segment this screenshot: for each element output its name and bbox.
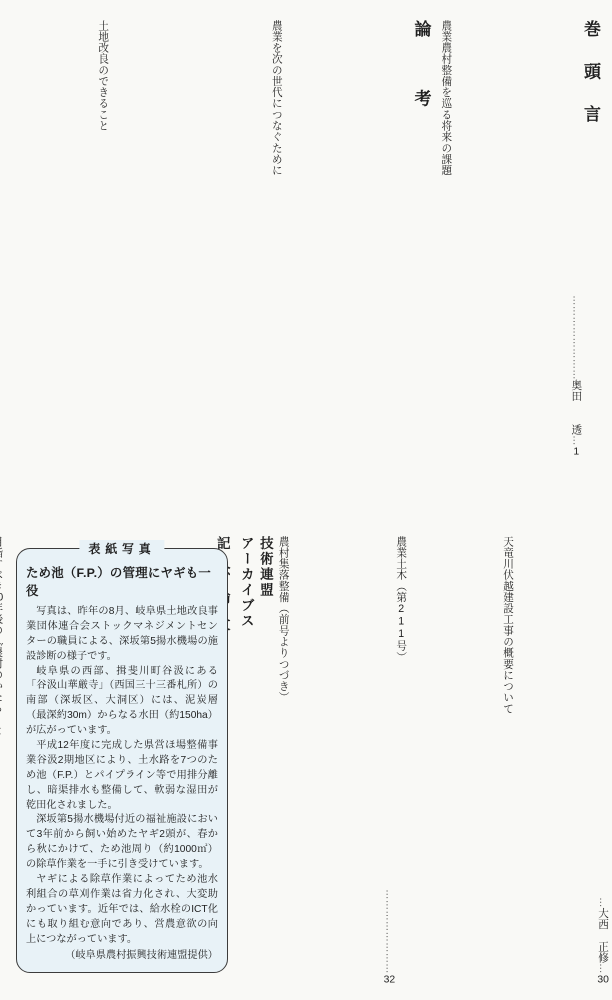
dot-leader: … — [597, 897, 609, 908]
dot-leader: … — [570, 435, 582, 446]
toc-item-line: 農業土木（第211号） — [394, 536, 501, 986]
toc-item-line: 天竜川伏越建設工事の概要について…大西 正修…30 — [501, 536, 608, 986]
cover-box-paragraph: 岐阜県の西部、揖斐川町谷汲にある「谷汲山華厳寺」（西国三十三番札所）の南部（深坂… — [26, 665, 218, 739]
author-name: 奥田 透 — [570, 379, 582, 435]
toc-item-line: 農業を次の世代につなぐために — [270, 20, 412, 458]
cover-box-body: 写真は、昨年の8月、岐阜県土地改良事業団体連合会ストックマネジメントセンターの職… — [26, 605, 218, 947]
section-heading: 巻頭言 — [581, 20, 604, 458]
dot-leader: … — [383, 963, 395, 974]
section-heading: 論考 — [412, 20, 435, 458]
item-tail: …大西 正修…30 — [501, 897, 608, 984]
toc-item-line: 土地改良のできること — [96, 20, 270, 458]
cover-box-paragraph: 写真は、昨年の8月、岐阜県土地改良事業団体連合会ストックマネジメントセンターの職… — [26, 605, 218, 665]
cover-box-title: ため池（F.P.）の管理にヤギも一役 — [26, 563, 218, 599]
section-heading: アーカイブス — [239, 536, 258, 986]
cover-box-paragraph: 深坂第5揚水機場付近の福祉施設において3年前から飼い始めたヤギ2頭が、春から秋に… — [26, 813, 218, 873]
dot-leader: … — [597, 963, 609, 974]
toc-top-half: 巻頭言農業農村整備を巡る将来の課題……………………奥田 透…1論考農業を次の世代… — [12, 20, 604, 458]
toc-item-line: 農業農村整備を巡る将来の課題……………………奥田 透…1 — [439, 20, 581, 458]
page-number: 32 — [383, 974, 395, 985]
cover-box-paragraph: ヤギによる除草作業によってため池水利組合の草刈作業は省力化され、大変助かっていま… — [26, 873, 218, 947]
cover-box-credit: （岐阜県農村振興技術連盟提供） — [26, 949, 218, 964]
page-number: 1 — [570, 446, 582, 457]
cover-photo-box: 表紙写真 ため池（F.P.）の管理にヤギも一役 写真は、昨年の8月、岐阜県土地改… — [16, 548, 228, 973]
cover-box-paragraph: 平成12年度に完成した県営ほ場整備事業谷汲2期地区により、土水路を7つのため池（… — [26, 739, 218, 813]
toc-item-line: 農村集落整備（前号よりつづき）……………………32 — [277, 536, 394, 986]
item-tail: ……………………32 — [277, 889, 394, 984]
cover-box-label: 表紙写真 — [79, 540, 164, 557]
toc-item-line: ～農地の集積整備で新たな — [0, 20, 96, 458]
section-heading: 技術連盟 — [258, 536, 277, 986]
dot-leader: ………………… — [383, 889, 395, 963]
toc-section: 論考農業を次の世代につなぐために土地改良のできること～農地の集積整備で新たな農業… — [0, 20, 434, 458]
author-name: 大西 正修 — [597, 907, 609, 963]
dot-leader: …………………… — [570, 295, 582, 380]
page-number: 30 — [597, 974, 609, 985]
toc-section: 巻頭言農業農村整備を巡る将来の課題……………………奥田 透…1 — [439, 20, 604, 458]
toc-section: 天竜川伏越建設工事の概要について…大西 正修…30農業土木（第211号）農村集落… — [239, 536, 608, 986]
toc-bottom-half: 天竜川伏越建設工事の概要について…大西 正修…30農業土木（第211号）農村集落… — [238, 536, 608, 986]
item-tail: ……………………奥田 透…1 — [439, 295, 581, 457]
